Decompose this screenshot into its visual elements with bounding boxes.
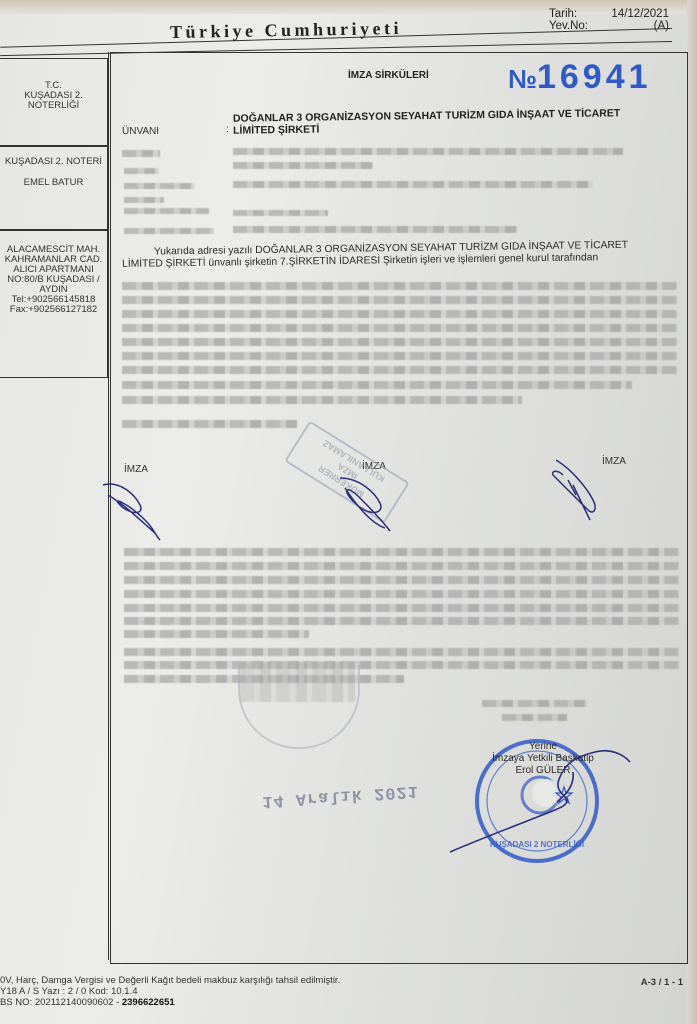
paper-right-edge xyxy=(687,0,697,1024)
redacted-text xyxy=(124,228,214,234)
footer-line: Y18 A / S Yazı : 2 / 0 Kod: 10.1.4 xyxy=(0,986,340,997)
redacted-text xyxy=(502,714,567,721)
footer-bs-code: 2396622651 xyxy=(122,997,175,1008)
redacted-text xyxy=(124,604,679,612)
redacted-text xyxy=(482,700,587,707)
redacted-text xyxy=(233,148,623,155)
address-box: ALACAMESCİT MAH. KAHRAMANLAR CAD. ALICI … xyxy=(0,230,108,378)
redacted-text xyxy=(124,576,679,584)
redacted-text xyxy=(122,420,297,428)
signature-3 xyxy=(548,455,608,525)
number-sign: № xyxy=(508,64,537,94)
unvan-label: ÜNVANI xyxy=(122,126,159,137)
redacted-text xyxy=(122,310,677,318)
date-value: 14/12/2021 xyxy=(611,8,669,20)
stamp-number: №16941 xyxy=(508,58,652,97)
footer-line: BS NO: 202112140090602 - 2396622651 xyxy=(0,997,340,1008)
signature-label: İMZA xyxy=(124,464,148,475)
redacted-text xyxy=(233,181,593,188)
office-line: NOTERLİĞİ xyxy=(0,101,107,111)
redacted-text xyxy=(124,208,209,214)
redacted-text xyxy=(122,324,677,332)
yev-value: (A) xyxy=(654,20,669,32)
notary-box: KUŞADASI 2. NOTERİ EMEL BATUR xyxy=(0,146,108,230)
footer: 0V, Harç, Damga Vergisi ve Değerli Kağıt… xyxy=(0,975,340,1008)
stamp-number-value: 16941 xyxy=(537,58,652,96)
office-box: T.C. KUŞADASI 2. NOTERLİĞİ xyxy=(0,58,108,146)
redacted-text xyxy=(124,661,679,669)
redacted-text xyxy=(124,617,679,625)
redacted-text xyxy=(233,226,518,233)
redacted-text xyxy=(124,548,679,556)
redacted-text xyxy=(122,338,677,346)
redacted-text xyxy=(122,150,160,157)
redacted-text xyxy=(124,630,309,638)
redacted-text xyxy=(233,210,328,216)
signature-1 xyxy=(100,475,170,545)
redacted-text xyxy=(124,197,164,203)
yev-label: Yev.No: xyxy=(549,20,588,32)
redacted-text xyxy=(124,562,679,570)
redacted-text xyxy=(122,381,632,389)
signature-2 xyxy=(330,473,400,538)
redacted-text xyxy=(122,352,677,360)
redacted-text xyxy=(124,168,159,174)
footer-line: 0V, Harç, Damga Vergisi ve Değerli Kağıt… xyxy=(0,975,340,986)
footer-bs-no: BS NO: 202112140090602 - xyxy=(0,997,122,1008)
redacted-text xyxy=(122,396,522,404)
redacted-text xyxy=(122,282,677,290)
notary-name: EMEL BATUR xyxy=(0,178,107,188)
authorized-signature xyxy=(445,742,635,857)
page-number: A-3 / 1 - 1 xyxy=(641,977,683,988)
document-title: İMZA SİRKÜLERİ xyxy=(348,70,429,81)
date-block: Tarih: 14/12/2021 Yev.No:(A) xyxy=(549,8,669,32)
redacted-text xyxy=(233,162,373,169)
redacted-stamp xyxy=(240,662,355,702)
redacted-text xyxy=(122,296,677,304)
header-title: Türkiye Cumhuriyeti xyxy=(170,18,402,43)
redacted-text xyxy=(122,366,677,374)
unvan-separator: : xyxy=(226,124,229,135)
redacted-text xyxy=(124,183,194,189)
notary-title: KUŞADASI 2. NOTERİ xyxy=(0,157,107,167)
address-line: Fax:+902566127182 xyxy=(0,305,107,315)
redacted-text xyxy=(124,590,679,598)
redacted-text xyxy=(124,648,679,656)
date-label: Tarih: xyxy=(549,8,577,20)
